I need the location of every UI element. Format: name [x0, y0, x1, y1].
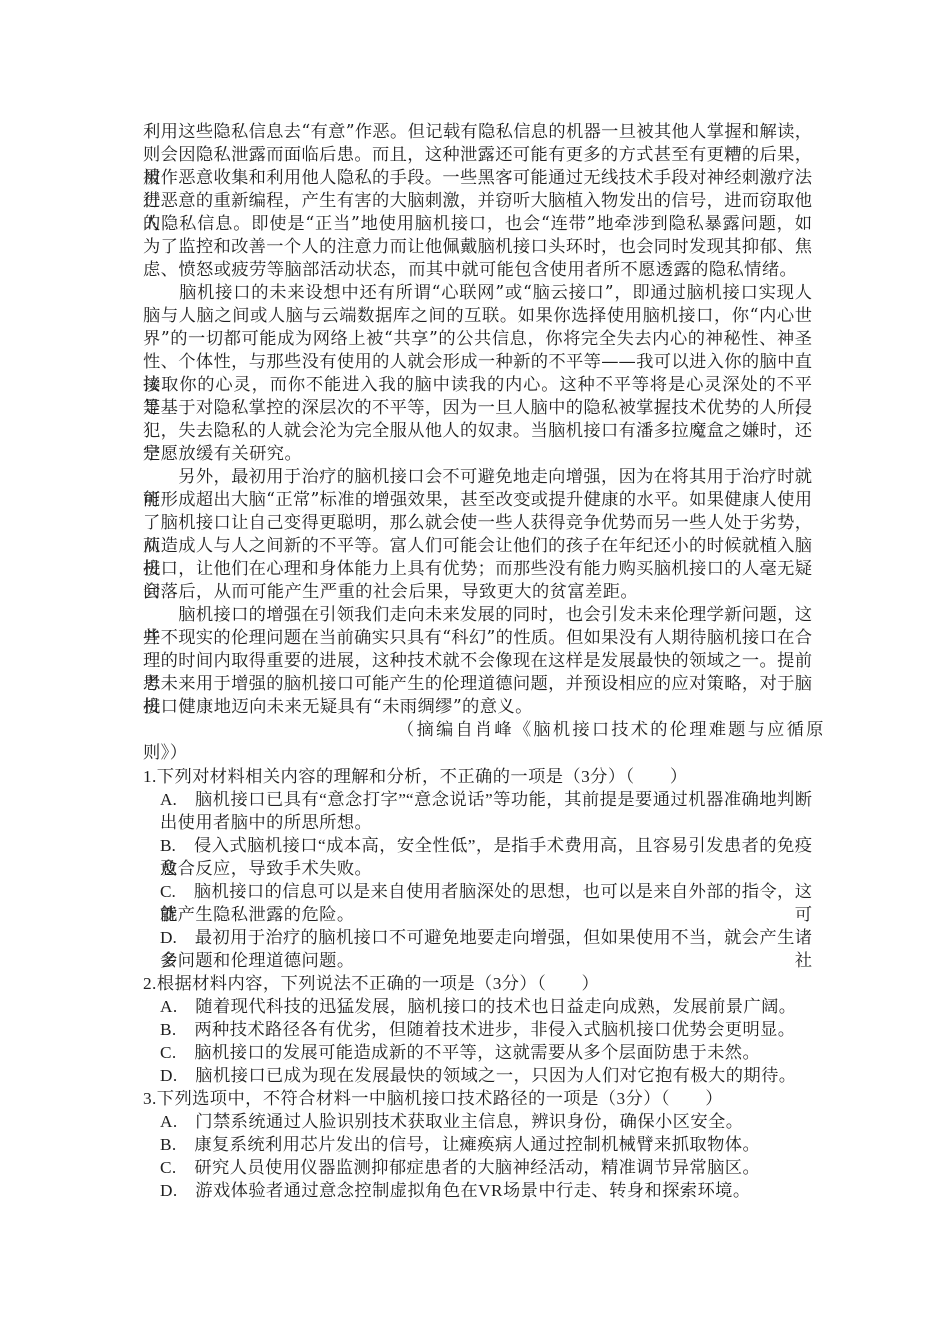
passage-line: 读取你的心灵，而你不能进入我的脑中读我的内心。这种不平等将是心灵深处的不平等， [143, 374, 812, 397]
question-block: 2.根据材料内容，下列说法不正确的一项是（3分）（ ）A. 随着现代科技的迅猛发… [143, 972, 812, 1087]
passage-line: 理的时间内取得重要的进展，这种技术就不会像现在这样是发展最快的领域之一。提前思 [143, 650, 812, 673]
passage-line: 行恶意的重新编程，产生有害的大脑刺激，并窃听大脑植入物发出的信号，进而窃取他人 [143, 190, 812, 213]
option-A: A. 随着现代科技的迅猛发展，脑机接口的技术也日益走向成熟，发展前景广阔。 [160, 995, 812, 1018]
passage-line: 虑、愤怒或疲劳等脑部活动状态，而其中就可能包含使用者所不愿透露的隐私情绪。 [143, 259, 812, 282]
option-line: A. 脑机接口已具有“意念打字”“意念说话”等功能，其前提是要通过机器准确地判断 [160, 788, 812, 811]
passage-line: 的隐私信息。即使是“正当”地使用脑机接口，也会“连带”地牵涉到隐私暴露问题，如 [143, 213, 812, 236]
passage-line: 考未来用于增强的脑机接口可能产生的伦理道德问题，并预设相应的应对策略，对于脑机 [143, 673, 812, 696]
option-D: D. 游戏体验者通过意念控制虚拟角色在VR场景中行走、转身和探索环境。 [160, 1179, 812, 1202]
option-B: B. 两种技术路径各有优劣，但随着技术进步，非侵入式脑机接口优势会更明显。 [160, 1018, 812, 1041]
option-line: 出使用者脑中的所思所想。 [160, 811, 812, 834]
option-A: A. 脑机接口已具有“意念打字”“意念说话”等功能，其前提是要通过机器准确地判断… [160, 788, 812, 834]
option-B: B. 侵入式脑机接口“成本高，安全性低”，是指手术费用高，且容易引发患者的免疫及… [160, 834, 812, 880]
option-A: A. 门禁系统通过人脸识别技术获取业主信息，辨识身份，确保小区安全。 [160, 1110, 812, 1133]
option-D: D. 脑机接口已成为现在发展最快的领域之一，只因为人们对它抱有极大的期待。 [160, 1064, 812, 1087]
question-stem: 2.根据材料内容，下列说法不正确的一项是（3分）（ ） [143, 972, 812, 995]
passage-line: 脑机接口的增强在引领我们走向未来发展的同时，也会引发未来伦理学新问题，这些 [143, 604, 812, 627]
passage-line: 了脑机接口让自己变得更聪明，那么就会使一些人获得竞争优势而另一些人处于劣势，从 [143, 512, 812, 535]
citation-line: （摘编自肖峰《脑机接口技术的伦理难题与应循原 [397, 719, 812, 742]
passage-line: 并不现实的伦理问题在当前确实只具有“科幻”的性质。但如果没有人期待脑机接口在合 [143, 627, 812, 650]
passage-paragraph: 另外，最初用于治疗的脑机接口会不可避免地走向增强，因为在将其用于治疗时就可能形成… [143, 466, 812, 604]
passage-line: 是基于对隐私掌控的深层次的不平等，因为一旦人脑中的隐私被掌握技术优势的人所侵 [143, 397, 812, 420]
passage-line: 宁愿放缓有关研究。 [143, 443, 812, 466]
passage-line: 犯，失去隐私的人就会沦为完全服从他人的奴隶。当脑机接口有潘多拉魔盒之嫌时，还是 [143, 420, 812, 443]
passage-line: 另外，最初用于治疗的脑机接口会不可避免地走向增强，因为在将其用于治疗时就可 [143, 466, 812, 489]
option-line: B. 两种技术路径各有优劣，但随着技术进步，非侵入式脑机接口优势会更明显。 [160, 1018, 812, 1041]
passage-line: 能形成超出大脑“正常”标准的增强效果，甚至改变或提升健康的水平。如果健康人使用 [143, 489, 812, 512]
passage-paragraph: 脑机接口的增强在引领我们走向未来发展的同时，也会引发未来伦理学新问题，这些并不现… [143, 604, 812, 719]
option-line: D. 游戏体验者通过意念控制虚拟角色在VR场景中行走、转身和探索环境。 [160, 1179, 812, 1202]
passage-line: 而造成人与人之间新的不平等。富人们可能会让他们的孩子在年纪还小的时候就植入脑机 [143, 535, 812, 558]
passage-line: 接口，让他们在心理和身体能力上具有优势；而那些没有能力购买脑机接口的人毫无疑问 [143, 558, 812, 581]
citation-line: 则》） [143, 742, 812, 765]
option-line: C. 研究人员使用仪器监测抑郁症患者的大脑神经活动，精准调节异常脑区。 [160, 1156, 812, 1179]
passage-line: 为了监控和改善一个人的注意力而让他佩戴脑机接口头环时，也会同时发现其抑郁、焦 [143, 236, 812, 259]
passage-line: 性、个体性，与那些没有使用的人就会形成一种新的不平等——我可以进入你的脑中直接 [143, 351, 812, 374]
passage-line: 会落后，从而可能产生严重的社会后果，导致更大的贫富差距。 [143, 581, 812, 604]
passage-line: 利用这些隐私信息去“有意”作恶。但记载有隐私信息的机器一旦被其他人掌握和解读， [143, 121, 812, 144]
option-D: D. 最初用于治疗的脑机接口不可避免地要走向增强，但如果使用不当，就会产生诸多社… [160, 926, 812, 972]
option-B: B. 康复系统利用芯片发出的信号，让瘫痪病人通过控制机械臂来抓取物体。 [160, 1133, 812, 1156]
passage-line: 则会因隐私泄露而面临后患。而且，这种泄露还可能有更多的方式甚至有更糟的后果，被 [143, 144, 812, 167]
passage-paragraph: 脑机接口的未来设想中还有所谓“心联网”或“脑云接口”，即通过脑机接口实现人脑与人… [143, 282, 812, 466]
option-C: C. 研究人员使用仪器监测抑郁症患者的大脑神经活动，精准调节异常脑区。 [160, 1156, 812, 1179]
option-line: C. 脑机接口的发展可能造成新的不平等，这就需要从多个层面防患于未然。 [160, 1041, 812, 1064]
passage-line: 脑机接口的未来设想中还有所谓“心联网”或“脑云接口”，即通过脑机接口实现人 [143, 282, 812, 305]
option-line: D. 最初用于治疗的脑机接口不可避免地要走向增强，但如果使用不当，就会产生诸多社 [160, 926, 812, 949]
question-stem: 1.下列对材料相关内容的理解和分析，不正确的一项是（3分）（ ） [143, 765, 812, 788]
option-line: B. 康复系统利用芯片发出的信号，让瘫痪病人通过控制机械臂来抓取物体。 [160, 1133, 812, 1156]
option-line: C. 脑机接口的信息可以是来自使用者脑深处的思想，也可以是来自外部的指令，这就可 [160, 880, 812, 903]
passage-line: 脑与人脑之间或人脑与云端数据库之间的互联。如果你选择使用脑机接口，你“内心世 [143, 305, 812, 328]
option-C: C. 脑机接口的信息可以是来自使用者脑深处的思想，也可以是来自外部的指令，这就可… [160, 880, 812, 926]
question-block: 1.下列对材料相关内容的理解和分析，不正确的一项是（3分）（ ）A. 脑机接口已… [143, 765, 812, 972]
option-line: A. 门禁系统通过人脸识别技术获取业主信息，辨识身份，确保小区安全。 [160, 1110, 812, 1133]
question-block: 3.下列选项中，不符合材料一中脑机接口技术路径的一项是（3分）（ ）A. 门禁系… [143, 1087, 812, 1202]
option-line: D. 脑机接口已成为现在发展最快的领域之一，只因为人们对它抱有极大的期待。 [160, 1064, 812, 1087]
passage-paragraph: 利用这些隐私信息去“有意”作恶。但记载有隐私信息的机器一旦被其他人掌握和解读，则… [143, 121, 812, 282]
exam-document: 利用这些隐私信息去“有意”作恶。但记载有隐私信息的机器一旦被其他人掌握和解读，则… [143, 121, 812, 1202]
question-stem: 3.下列选项中，不符合材料一中脑机接口技术路径的一项是（3分）（ ） [143, 1087, 812, 1110]
passage-line: 用作恶意收集和利用他人隐私的手段。一些黑客可能通过无线技术手段对神经刺激疗法进 [143, 167, 812, 190]
option-C: C. 脑机接口的发展可能造成新的不平等，这就需要从多个层面防患于未然。 [160, 1041, 812, 1064]
option-line: A. 随着现代科技的迅猛发展，脑机接口的技术也日益走向成熟，发展前景广阔。 [160, 995, 812, 1018]
option-line: B. 侵入式脑机接口“成本高，安全性低”，是指手术费用高，且容易引发患者的免疫及 [160, 834, 812, 857]
passage-line: 接口健康地迈向未来无疑具有“未雨绸缪”的意义。 [143, 696, 812, 719]
option-line: 愈合反应，导致手术失败。 [160, 857, 812, 880]
passage-line: 界”的一切都可能成为网络上被“共享”的公共信息，你将完全失去内心的神秘性、神圣 [143, 328, 812, 351]
